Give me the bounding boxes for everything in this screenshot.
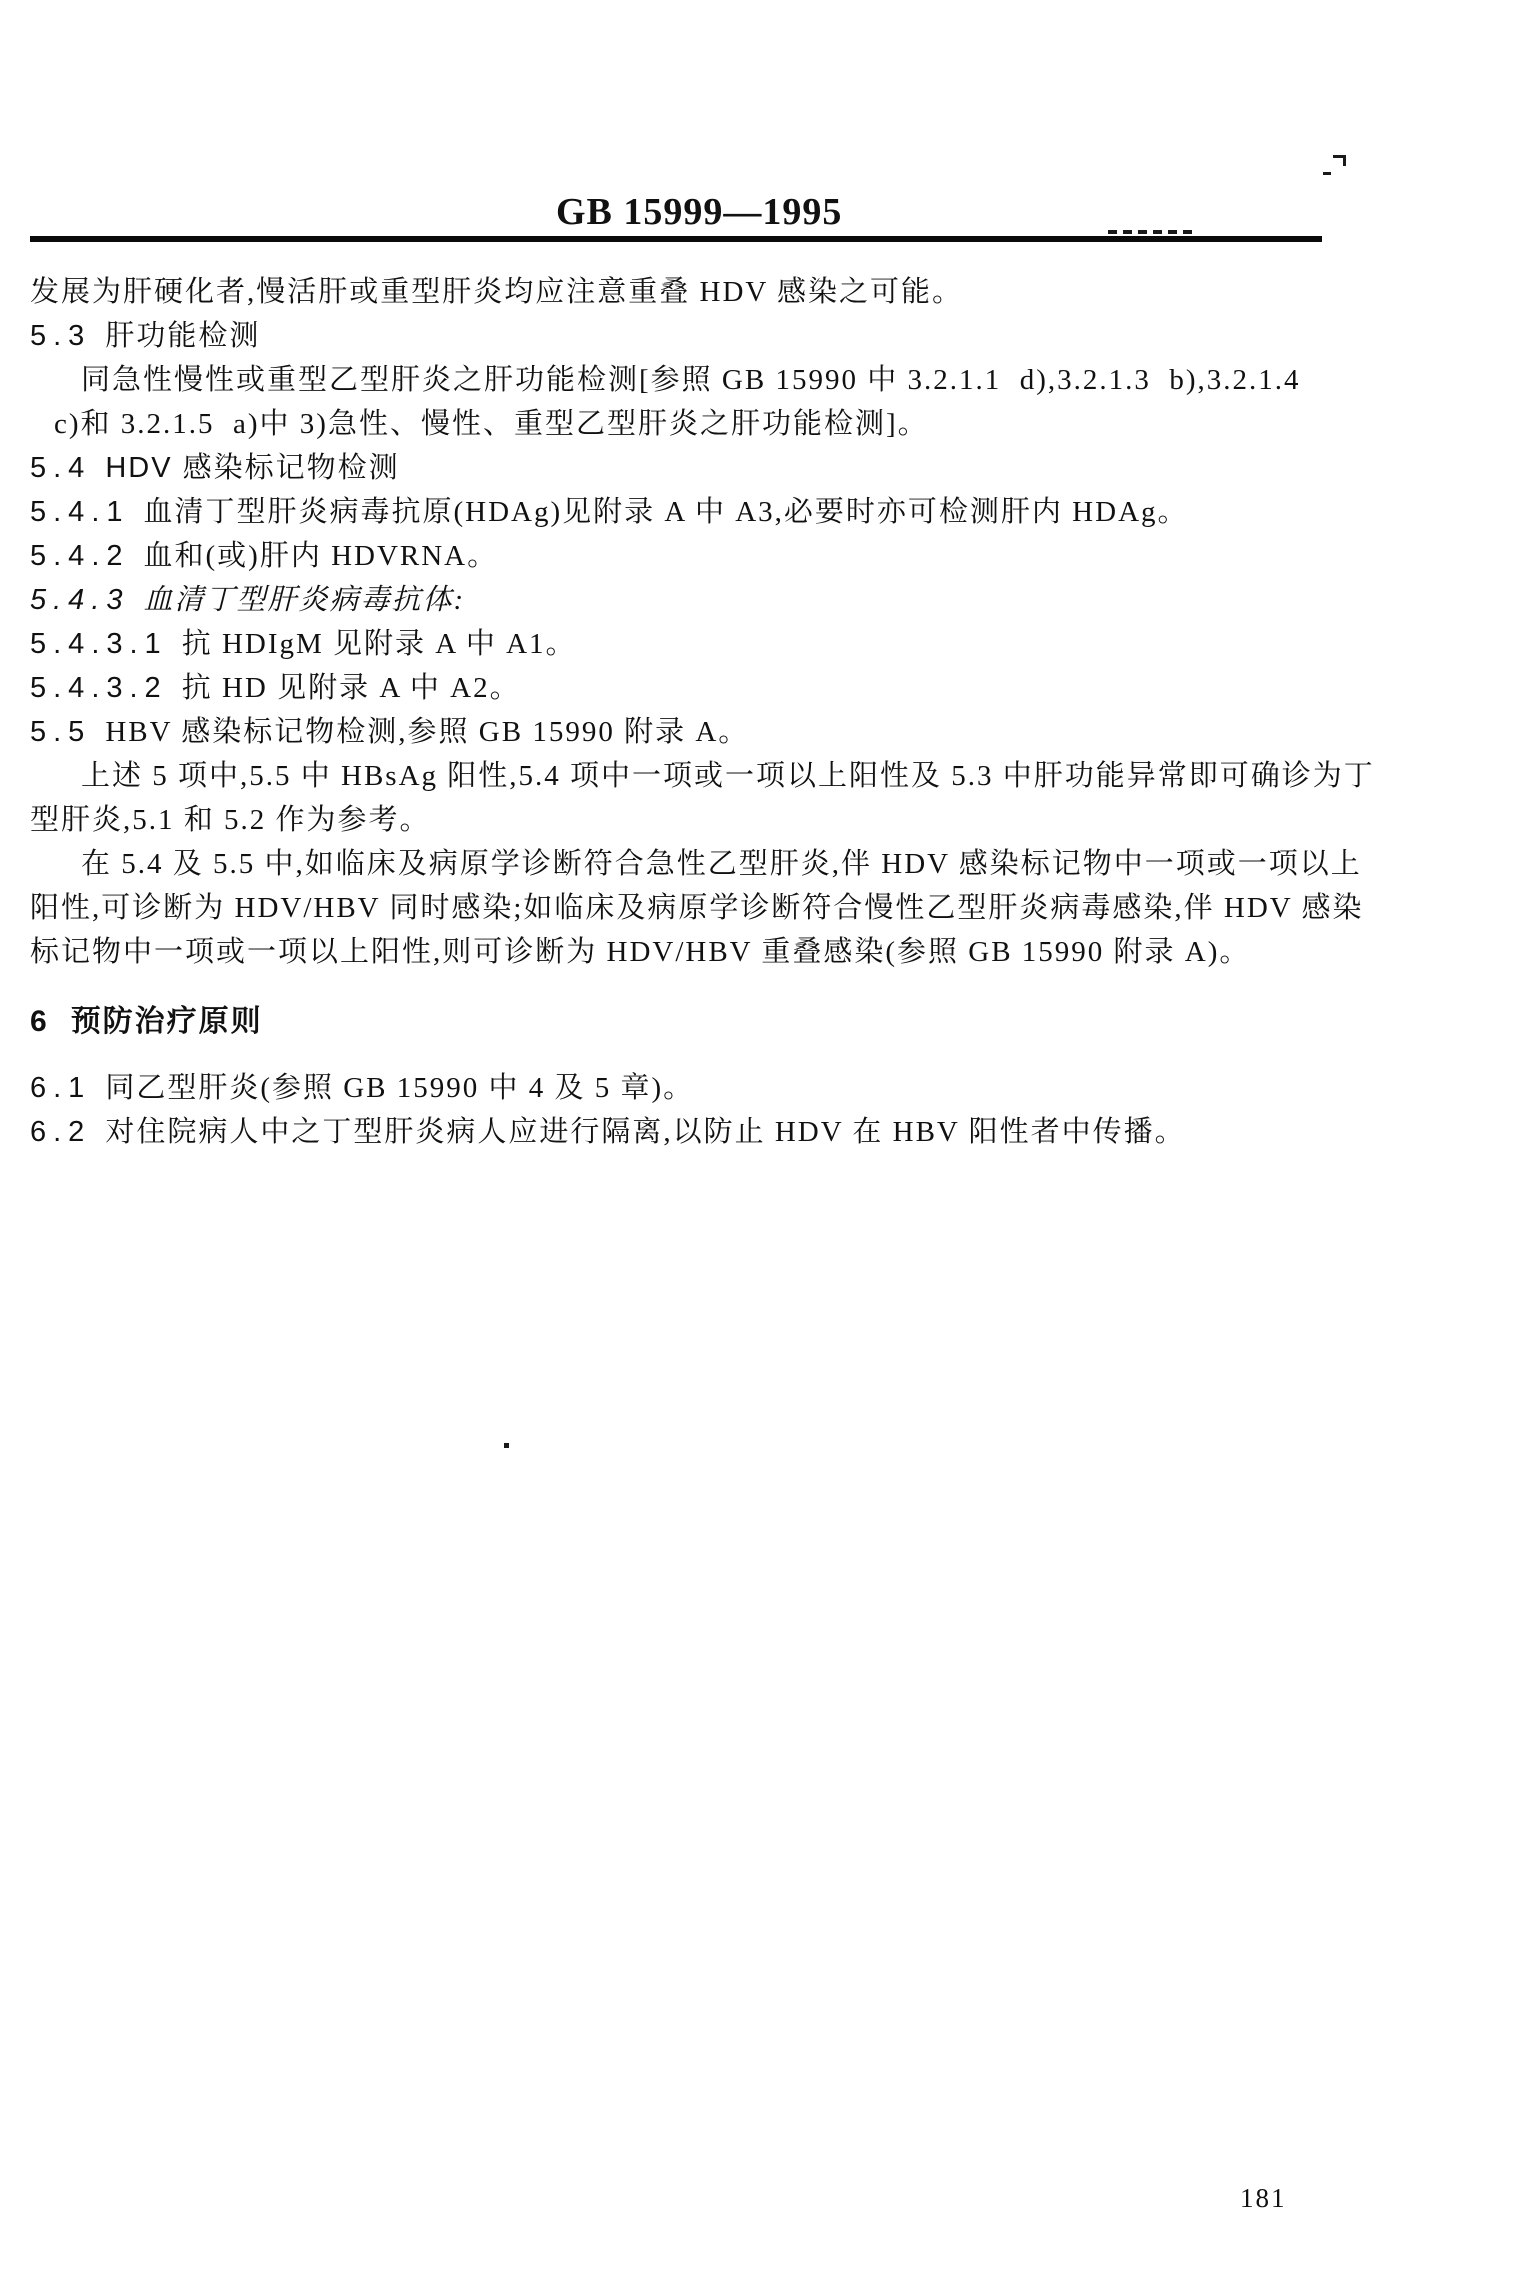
clause-line-5-4-2: 5.4.2血和(或)肝内 HDVRNA。 bbox=[30, 534, 1510, 578]
clause-number: 5.4.2 bbox=[30, 534, 130, 578]
clause-line-6-1: 6.1同乙型肝炎(参照 GB 15990 中 4 及 5 章)。 bbox=[30, 1066, 1510, 1110]
clause-line-5-4-3: 5.4.3血清丁型肝炎病毒抗体: bbox=[30, 578, 1510, 622]
clause-text: 对住院病人中之丁型肝炎病人应进行隔离,以防止 HDV 在 HBV 阳性者中传播。 bbox=[105, 1116, 1185, 1148]
clause-number: 6 bbox=[30, 1000, 49, 1044]
text-line: c)和 3.2.1.5 a)中 3)急性、慢性、重型乙型肝炎之肝功能检测]。 bbox=[30, 402, 1510, 446]
clause-text: 抗 HD 见附录 A 中 A2。 bbox=[182, 672, 521, 704]
clause-text: 型肝炎,5.1 和 5.2 作为参考。 bbox=[30, 804, 431, 836]
clause-number: 5.4.3 bbox=[30, 578, 130, 622]
clause-number: 5.3 bbox=[30, 314, 91, 358]
scan-artifact-ragged-rule bbox=[1108, 230, 1196, 234]
text-line: 标记物中一项或一项以上阳性,则可诊断为 HDV/HBV 重叠感染(参照 GB 1… bbox=[30, 930, 1510, 974]
standard-number-header: GB 15999—1995 bbox=[556, 192, 842, 232]
clause-number: 6.2 bbox=[30, 1110, 91, 1154]
clause-line-5-4: 5.4HDV 感染标记物检测 bbox=[30, 446, 1510, 490]
clause-number: 5.4.3.2 bbox=[30, 666, 168, 710]
clause-line-6-2: 6.2对住院病人中之丁型肝炎病人应进行隔离,以防止 HDV 在 HBV 阳性者中… bbox=[30, 1110, 1510, 1154]
clause-text: 同急性慢性或重型乙型肝炎之肝功能检测[参照 GB 15990 中 3.2.1.1… bbox=[81, 364, 1301, 396]
clause-number: 6.1 bbox=[30, 1066, 91, 1110]
scan-artifact-corner-mark bbox=[1333, 155, 1346, 166]
clause-line-5-5: 5.5HBV 感染标记物检测,参照 GB 15990 附录 A。 bbox=[30, 710, 1510, 754]
clause-text: 抗 HDIgM 见附录 A 中 A1。 bbox=[182, 628, 577, 660]
clause-line-6: 6预防治疗原则 bbox=[30, 1000, 1510, 1044]
document-body: 发展为肝硬化者,慢活肝或重型肝炎均应注意重叠 HDV 感染之可能。5.3肝功能检… bbox=[30, 270, 1510, 1154]
text-line: 在 5.4 及 5.5 中,如临床及病原学诊断符合急性乙型肝炎,伴 HDV 感染… bbox=[30, 842, 1510, 886]
clause-text: 阳性,可诊断为 HDV/HBV 同时感染;如临床及病原学诊断符合慢性乙型肝炎病毒… bbox=[30, 892, 1363, 924]
text-line: 发展为肝硬化者,慢活肝或重型肝炎均应注意重叠 HDV 感染之可能。 bbox=[30, 270, 1510, 314]
clause-text: 上述 5 项中,5.5 中 HBsAg 阳性,5.4 项中一项或一项以上阳性及 … bbox=[81, 760, 1375, 792]
clause-text: 预防治疗原则 bbox=[71, 1005, 263, 1038]
clause-text: 肝功能检测 bbox=[105, 320, 260, 352]
clause-text: c)和 3.2.1.5 a)中 3)急性、慢性、重型乙型肝炎之肝功能检测]。 bbox=[54, 408, 929, 440]
clause-line-5-4-1: 5.4.1血清丁型肝炎病毒抗原(HDAg)见附录 A 中 A3,必要时亦可检测肝… bbox=[30, 490, 1510, 534]
clause-number: 5.4 bbox=[30, 446, 91, 490]
clause-line-5-4-3-2: 5.4.3.2抗 HD 见附录 A 中 A2。 bbox=[30, 666, 1510, 710]
clause-line-5-4-3-1: 5.4.3.1抗 HDIgM 见附录 A 中 A1。 bbox=[30, 622, 1510, 666]
clause-text: 血和(或)肝内 HDVRNA。 bbox=[144, 540, 499, 572]
clause-text: HDV 感染标记物检测 bbox=[105, 452, 399, 484]
clause-text: HBV 感染标记物检测,参照 GB 15990 附录 A。 bbox=[105, 716, 749, 748]
page-number: 181 bbox=[1240, 2183, 1287, 2214]
clause-text: 标记物中一项或一项以上阳性,则可诊断为 HDV/HBV 重叠感染(参照 GB 1… bbox=[30, 936, 1250, 968]
scan-artifact-dot bbox=[504, 1443, 509, 1448]
clause-text: 在 5.4 及 5.5 中,如临床及病原学诊断符合急性乙型肝炎,伴 HDV 感染… bbox=[81, 848, 1362, 880]
clause-number: 5.5 bbox=[30, 710, 91, 754]
clause-number: 5.4.3.1 bbox=[30, 622, 168, 666]
scan-artifact-dash bbox=[1323, 172, 1331, 175]
header-rule bbox=[30, 236, 1322, 242]
clause-text: 血清丁型肝炎病毒抗原(HDAg)见附录 A 中 A3,必要时亦可检测肝内 HDA… bbox=[144, 496, 1189, 528]
text-line: 型肝炎,5.1 和 5.2 作为参考。 bbox=[30, 798, 1510, 842]
clause-number: 5.4.1 bbox=[30, 490, 130, 534]
clause-text: 同乙型肝炎(参照 GB 15990 中 4 及 5 章)。 bbox=[105, 1072, 694, 1104]
document-page: GB 15999—1995 发展为肝硬化者,慢活肝或重型肝炎均应注意重叠 HDV… bbox=[0, 0, 1536, 2285]
text-line: 同急性慢性或重型乙型肝炎之肝功能检测[参照 GB 15990 中 3.2.1.1… bbox=[30, 358, 1510, 402]
text-line: 上述 5 项中,5.5 中 HBsAg 阳性,5.4 项中一项或一项以上阳性及 … bbox=[30, 754, 1510, 798]
clause-line-5-3: 5.3肝功能检测 bbox=[30, 314, 1510, 358]
text-line: 阳性,可诊断为 HDV/HBV 同时感染;如临床及病原学诊断符合慢性乙型肝炎病毒… bbox=[30, 886, 1510, 930]
clause-text: 血清丁型肝炎病毒抗体: bbox=[144, 584, 466, 616]
clause-text: 发展为肝硬化者,慢活肝或重型肝炎均应注意重叠 HDV 感染之可能。 bbox=[30, 276, 963, 308]
